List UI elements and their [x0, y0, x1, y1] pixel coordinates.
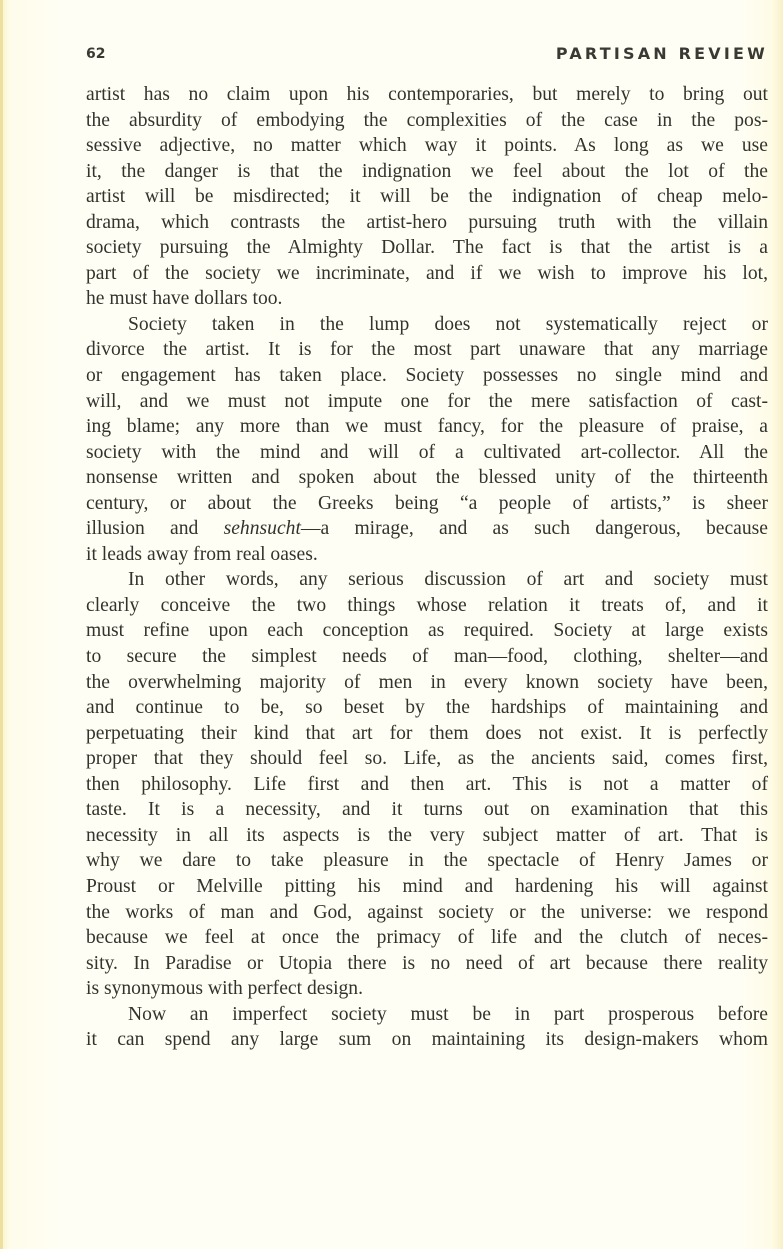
text-line: Proust or Melville pitting his mind and …: [86, 874, 768, 900]
text-line: society with the mind and will of a cult…: [86, 440, 768, 466]
page-number: 62: [86, 46, 105, 62]
paragraph-end-line: he must have dollars too.: [86, 286, 768, 312]
paragraph-start-line: Now an imperfect society must be in part…: [86, 1002, 768, 1028]
text-line: will, and we must not impute one for the…: [86, 389, 768, 415]
italic-term: sehnsucht: [224, 518, 301, 539]
text-line: ing blame; any more than we must fancy, …: [86, 414, 768, 440]
text-line: or engagement has taken place. Society p…: [86, 363, 768, 389]
text-line: clearly conceive the two things whose re…: [86, 593, 768, 619]
text-line: the absurdity of embodying the complexit…: [86, 108, 768, 134]
text-line: necessity in all its aspects is the very…: [86, 823, 768, 849]
page-binding-edge: [0, 0, 3, 1249]
paragraph-start-line: Society taken in the lump does not syste…: [86, 312, 768, 338]
text-line: sity. In Paradise or Utopia there is no …: [86, 951, 768, 977]
text-line: sessive adjective, no matter which way i…: [86, 133, 768, 159]
text-line: artist will be misdirected; it will be t…: [86, 184, 768, 210]
text-line: to secure the simplest needs of man—food…: [86, 644, 768, 670]
text-line: drama, which contrasts the artist-hero p…: [86, 210, 768, 236]
text-line: part of the society we incriminate, and …: [86, 261, 768, 287]
text-line: it can spend any large sum on maintainin…: [86, 1027, 768, 1053]
article-body: artist has no claim upon his contemporar…: [86, 82, 768, 1053]
text-line: century, or about the Greeks being “a pe…: [86, 491, 768, 517]
paragraph-end-line: it leads away from real oases.: [86, 542, 768, 568]
running-head: PARTISAN REVIEW: [556, 44, 768, 63]
text-line: it, the danger is that the indignation w…: [86, 159, 768, 185]
page-header: 62 PARTISAN REVIEW: [86, 44, 768, 68]
text-line: divorce the artist. It is for the most p…: [86, 337, 768, 363]
text-line: proper that they should feel so. Life, a…: [86, 746, 768, 772]
text-line: the works of man and God, against societ…: [86, 900, 768, 926]
text-line: and continue to be, so beset by the hard…: [86, 695, 768, 721]
text-line: must refine upon each conception as requ…: [86, 618, 768, 644]
text-segment: illusion and: [86, 518, 224, 539]
text-line: taste. It is a necessity, and it turns o…: [86, 797, 768, 823]
text-line: because we feel at once the primacy of l…: [86, 925, 768, 951]
scanned-page: 62 PARTISAN REVIEW artist has no claim u…: [0, 0, 783, 1249]
text-line: perpetuating their kind that art for the…: [86, 721, 768, 747]
paragraph-start-line: In other words, any serious discussion o…: [86, 567, 768, 593]
text-line: the overwhelming majority of men in ever…: [86, 670, 768, 696]
text-line: why we dare to take pleasure in the spec…: [86, 848, 768, 874]
text-segment: —a mirage, and as such dangerous, becaus…: [301, 518, 768, 539]
text-line: artist has no claim upon his contemporar…: [86, 82, 768, 108]
text-line: then philosophy. Life first and then art…: [86, 772, 768, 798]
text-line: nonsense written and spoken about the bl…: [86, 465, 768, 491]
text-line: society pursuing the Almighty Dollar. Th…: [86, 235, 768, 261]
paragraph-end-line: is synonymous with perfect design.: [86, 976, 768, 1002]
text-line-with-italic: illusion and sehnsucht—a mirage, and as …: [86, 516, 768, 542]
